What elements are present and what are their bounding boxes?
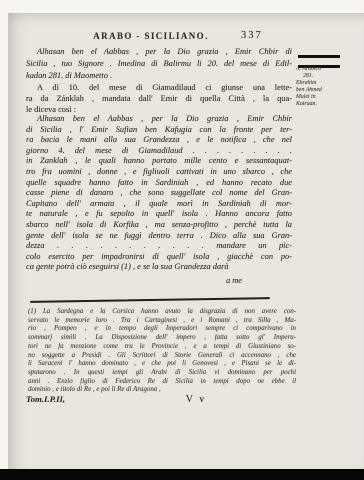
text-line: gente dell' isola se ne fuggì dentro ter… (26, 231, 292, 242)
text-line: Ebrahim (296, 80, 358, 87)
text-line: kadan 281. di Maometto . (26, 70, 292, 82)
margin-note: A. Arabico281.Ebrahimben AhmedMulei inKa… (296, 66, 358, 108)
text-line: servato le memorie loro . Tra i Cartagin… (28, 317, 296, 326)
text-line: (1) La Sardegna e la Corsica hanno avuto… (28, 308, 296, 317)
text-line: ra bacia le mani alla sua Grandezza , e … (26, 135, 292, 146)
text-line: casse piene di danaro , che sono suggell… (26, 188, 292, 199)
text-line: sputarono . In questi tempi gli Arabi di… (28, 369, 296, 378)
page-number: 337 (241, 30, 263, 41)
text-line: giorno 4. del mese di Giamadilaud . . . … (26, 146, 292, 157)
text-line: Sicilia , tuo Signore . Imedina di Balir… (26, 58, 292, 70)
catchword: a me (26, 276, 242, 285)
text-line: Alhasan ben el Aabbas , per la Dio grazi… (26, 46, 292, 58)
running-header-title: ARABO - SICILIANO. (26, 31, 276, 41)
text-line: li Saraceni l' hanno dominato , e che po… (28, 360, 296, 369)
text-line: ca gente potrà ciò eseguirsi (1) , e se … (26, 262, 292, 273)
paragraph-letter-body: Alhasan ben el Aabbas , per la Dio grazi… (26, 114, 292, 273)
text-line: rio , Pompeo , e in tempo degli Imperado… (28, 325, 296, 334)
text-line: colo esercito per impadronirsi di quell'… (26, 252, 292, 263)
text-line: A. Arabico (296, 66, 358, 73)
text-line: Alhasan ben el Aabbas , per la Dio grazi… (26, 114, 292, 125)
tome-label: Tom.I.P.II, (26, 394, 65, 404)
text-line: anni . Enzio figlio di Federico Re di Si… (28, 378, 296, 387)
text-line: Kairuan. (296, 101, 358, 108)
text-line: tro fra uomini , donne , e figliuoli cat… (26, 167, 292, 178)
text-line: ben Ahmed (296, 87, 358, 94)
paragraph-salutation: Alhasan ben el Aabbas , per la Dio grazi… (26, 46, 292, 81)
text-line: dezza . . . . . . . . . . . mandare un p… (26, 241, 292, 252)
text-line: tori ne fa menzione come tra le Provinci… (28, 343, 296, 352)
book-page-scan: ARABO - SICILIANO. 337 A. Arabico281.Ebr… (0, 0, 364, 480)
text-line: A dì 10. del mese di Giamadilaud ci giun… (26, 82, 292, 93)
text-line: ra da Zánklah , mandata dall' Emir di qu… (26, 93, 292, 104)
text-line: te naturale , e fu sepolto in quell' iso… (26, 209, 292, 220)
page-footer: Tom.I.P.II, V v (26, 394, 292, 408)
text-line: no soggette a Presidi . Gli Scrittori di… (28, 352, 296, 361)
text-line: Capitano dell' armata , il quale morì in… (26, 199, 292, 210)
text-line: in Zanklah , le quali hanno portato mill… (26, 156, 292, 167)
paragraph-narrative: A dì 10. del mese di Giamadilaud ci giun… (26, 82, 292, 115)
text-line: Mulei in (296, 94, 358, 101)
text-line: 281. (296, 73, 358, 80)
text-line: di Sicilia , l' Emir Sufian ben Kafugia … (26, 125, 292, 136)
gathering-signature: V v (166, 394, 226, 405)
footnote: (1) La Sardegna e la Corsica hanno avuto… (28, 308, 296, 395)
scan-border-bottom (0, 469, 364, 480)
text-line: quelle squadre hanno fatto in Sardiniah … (26, 178, 292, 189)
text-line: sommarj simili . La Disposizione dell' i… (28, 334, 296, 343)
running-header: ARABO - SICILIANO. 337 (26, 31, 292, 44)
text-line: sbarco nell' isola di Korfika , ma senza… (26, 220, 292, 231)
